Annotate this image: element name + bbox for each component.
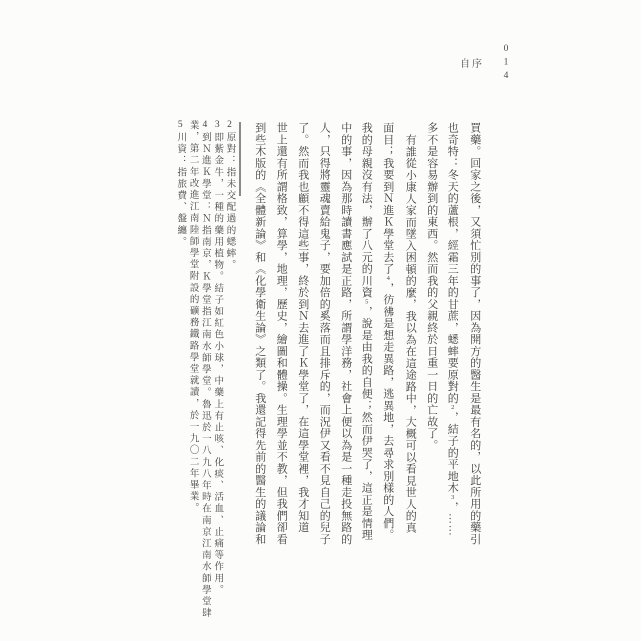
- text-run: 到Ｎ進Ｋ學堂：Ｎ指南京，Ｋ學堂指江南水師學堂。魯迅於一八九八年時在南京江南水師學…: [200, 132, 210, 619]
- text-run: 即紫金牛，一種的藥用植物。結子如紅色小球，中藥上有止咳、化痰、活血、止痛等作用。: [212, 132, 222, 596]
- text-run: 世上還有所謂格致，算學，地理，歷史，繪圖和體操。生理學並不教，但我們卻看: [275, 122, 287, 545]
- main-text-column: 人，只得將靈魂賣給鬼子，要加倍的奚落而且排斥的，而況伊又看不見自己的兒子: [313, 122, 335, 567]
- main-text-column: 面目；我要到Ｎ進Ｋ學堂去了4，彷彿是想走異路，逃異地，去尋求別樣的人們。: [377, 122, 399, 567]
- footnote-reference-mark: 2: [449, 404, 456, 412]
- text-run: 多不是容易辦到的東西。然而我的父親終於日重一日的亡故了。: [426, 122, 438, 451]
- text-run: 川資：指旅費、盤纏。: [175, 132, 185, 248]
- main-text-column: 了。然而我也顧不得這些事，終於到Ｎ去進了Ｋ學堂了，在這學堂裡，我才知道: [291, 122, 313, 567]
- text-run: ，……: [446, 501, 458, 536]
- text-run: 業，第二年改進江南陸師學堂附設的礦務鐵路學堂就讀，於一九〇二年畢業。: [188, 120, 198, 514]
- text-run: 到些木版的《全體新論》和《化學衛生論》之類了。我還記得先前的醫生的議論和: [254, 122, 266, 545]
- footnote-separator-rule: [239, 122, 241, 196]
- footnote-column: 5川資：指旅費、盤纏。: [173, 120, 186, 641]
- text-run: 也奇特：冬天的蘆根，經霜三年的甘蔗，蟋蟀要原對的: [446, 122, 458, 404]
- footnote-number: 2: [225, 120, 235, 132]
- main-text-column: 多不是容易辦到的東西。然而我的父親終於日重一日的亡故了。: [420, 122, 442, 567]
- text-run: ，結子的平地木: [446, 412, 458, 494]
- footnote-number: 5: [175, 120, 185, 132]
- footnote-reference-mark: 5: [363, 298, 370, 306]
- running-header-title: 自序: [460, 55, 484, 70]
- footnote-number: 3: [212, 120, 222, 132]
- footnote-column: 3即紫金牛，一種的藥用植物。結子如紅色小球，中藥上有止咳、化痰、活血、止痛等作用…: [210, 120, 223, 641]
- main-text-column: 中的事，因為那時讀書應試是正路，所謂學洋務，社會上便以為是一種走投無路的: [334, 122, 356, 567]
- text-run: ，彷彿是想走異路，逃異地，去尋求別樣的人們。: [382, 282, 394, 541]
- main-text-column: 到些木版的《全體新論》和《化學衛生論》之類了。我還記得先前的醫生的議論和: [248, 122, 270, 567]
- main-text-column: 世上還有所謂格致，算學，地理，歷史，繪圖和體操。生理學並不教，但我們卻看: [270, 122, 292, 567]
- text-run: 有誰從小康人家而墜入困頓的麼，我以為在這途路中，大概可以看見世人的真: [404, 134, 416, 534]
- text-run: 面目；我要到Ｎ進Ｋ學堂去了: [382, 122, 394, 275]
- page-number: 014: [500, 44, 512, 85]
- text-run: 了。然而我也顧不得這些事，終於到Ｎ去進了Ｋ學堂了，在這學堂裡，我才知道: [297, 122, 309, 533]
- main-text-column: 也奇特：冬天的蘆根，經霜三年的甘蔗，蟋蟀要原對的2，結子的平地木3，……: [442, 122, 464, 567]
- main-text-column: 買藥。回家之後，又須忙別的事了，因為開方的醫生是最有名的，以此所用的藥引: [463, 122, 485, 567]
- footnote-column: 業，第二年改進江南陸師學堂附設的礦務鐵路學堂就讀，於一九〇二年畢業。: [186, 120, 199, 641]
- footnote-column: 2原對：指未交配過的蟋蟀。: [223, 120, 236, 641]
- book-page: 自序 014 買藥。回家之後，又須忙別的事了，因為開方的醫生是最有名的，以此所用…: [0, 0, 641, 641]
- footnote-number: 4: [200, 120, 210, 132]
- text-run: ，說是由我的自便；然而伊哭了，這正是情理: [360, 306, 372, 541]
- text-run: 原對：指未交配過的蟋蟀。: [225, 132, 235, 271]
- text-run: 人，只得將靈魂賣給鬼子，要加倍的奚落而且排斥的，而況伊又看不見自己的兒子: [318, 122, 330, 545]
- footnote-column: 4到Ｎ進Ｋ學堂：Ｎ指南京，Ｋ學堂指江南水師學堂。魯迅於一八九八年時在南京江南水師…: [198, 120, 211, 641]
- text-run: 買藥。回家之後，又須忙別的事了，因為開方的醫生是最有名的，以此所用的藥引: [469, 122, 481, 545]
- main-text-column: 有誰從小康人家而墜入困頓的麼，我以為在這途路中，大概可以看見世人的真: [399, 122, 421, 579]
- text-run: 我的母親沒有法，辦了八元的川資: [360, 122, 372, 298]
- main-text-column: 我的母親沒有法，辦了八元的川資5，說是由我的自便；然而伊哭了，這正是情理: [356, 122, 378, 567]
- text-run: 中的事，因為那時讀書應試是正路，所謂學洋務，社會上便以為是一種走投無路的: [340, 122, 352, 545]
